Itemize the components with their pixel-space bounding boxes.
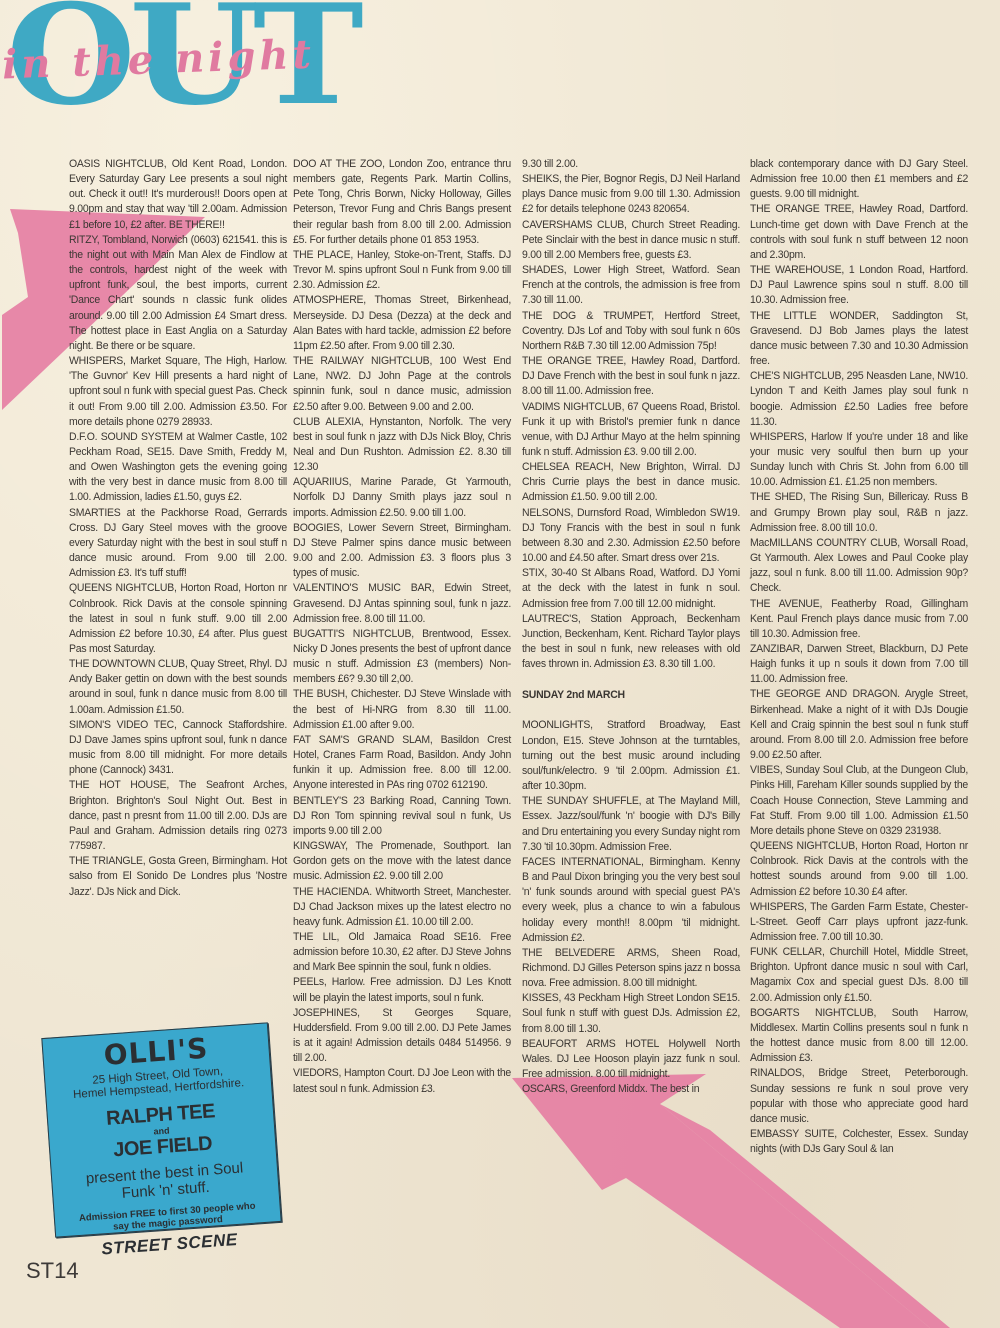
listing-entry: FUNK CELLAR, Churchill Hotel, Middle Str… xyxy=(750,945,968,1006)
listing-entry: RINALDOS, Bridge Street, Peterborough. S… xyxy=(750,1066,968,1127)
listings-column-4: black contemporary dance with DJ Gary St… xyxy=(750,157,968,1157)
listing-entry: THE LITTLE WONDER, Saddington St, Graves… xyxy=(750,309,968,370)
listings-column-2: DOO AT THE ZOO, London Zoo, entrance thr… xyxy=(293,157,511,1097)
advert-description: present the best in Soul Funk 'n' stuff. xyxy=(52,1157,279,1207)
listing-entry: VIBES, Sunday Soul Club, at the Dungeon … xyxy=(750,763,968,839)
listing-entry: THE BELVEDERE ARMS, Sheen Road, Richmond… xyxy=(522,946,740,991)
listing-entry: RITZY, Tombland, Norwich (0603) 621541. … xyxy=(69,233,287,354)
listing-entry: black contemporary dance with DJ Gary St… xyxy=(750,157,968,202)
listing-entry: WHISPERS, Market Square, The High, Harlo… xyxy=(69,354,287,430)
listing-entry: KISSES, 43 Peckham High Street London SE… xyxy=(522,991,740,1036)
listings-column-3: 9.30 till 2.00. SHEIKS, the Pier, Bognor… xyxy=(522,157,740,1097)
listing-entry: CAVERSHAMS CLUB, Church Street Reading. … xyxy=(522,218,740,263)
listing-entry: QUEENS NIGHTCLUB, Horton Road, Horton nr… xyxy=(750,839,968,900)
listing-entry: THE TRIANGLE, Gosta Green, Birmingham. H… xyxy=(69,854,287,899)
listing-entry: BEAUFORT ARMS HOTEL Holywell North Wales… xyxy=(522,1037,740,1082)
listing-entry: QUEENS NIGHTCLUB, Horton Road, Horton nr… xyxy=(69,581,287,657)
listing-entry: BOOGIES, Lower Severn Street, Birmingham… xyxy=(293,521,511,582)
listing-entry: THE BUSH, Chichester. DJ Steve Winslade … xyxy=(293,687,511,732)
listing-entry: WHISPERS, The Garden Farm Estate, Cheste… xyxy=(750,900,968,945)
listing-entry: SMARTIES at the Packhorse Road, Gerrards… xyxy=(69,506,287,582)
listing-entry: EMBASSY SUITE, Colchester, Essex. Sunday… xyxy=(750,1127,968,1157)
listing-entry: WHISPERS, Harlow If you're under 18 and … xyxy=(750,430,968,491)
listing-entry: VIEDORS, Hampton Court. DJ Joe Leon with… xyxy=(293,1066,511,1096)
listing-entry: CHELSEA REACH, New Brighton, Wirral. DJ … xyxy=(522,460,740,505)
listing-entry: THE DOG & TRUMPET, Hertford Street, Cove… xyxy=(522,309,740,354)
listing-entry: NELSONS, Durnsford Road, Wimbledon SW19.… xyxy=(522,506,740,567)
listing-entry: AQUARIIUS, Marine Parade, Gt Yarmouth, N… xyxy=(293,475,511,520)
listing-entry: LAUTREC'S, Station Approach, Beckenham J… xyxy=(522,612,740,673)
listing-entry: THE RAILWAY NIGHTCLUB, 100 West End Lane… xyxy=(293,354,511,415)
listing-entry: FAT SAM'S GRAND SLAM, Basildon Crest Hot… xyxy=(293,733,511,794)
listing-entry: THE DOWNTOWN CLUB, Quay Street, Rhyl. DJ… xyxy=(69,657,287,718)
listing-entry: MOONLIGHTS, Stratford Broadway, East Lon… xyxy=(522,718,740,794)
listing-entry: STIX, 30-40 St Albans Road, Watford. DJ … xyxy=(522,566,740,611)
listings-column-1: OASIS NIGHTCLUB, Old Kent Road, London. … xyxy=(69,157,287,900)
listing-entry: BENTLEY'S 23 Barking Road, Canning Town.… xyxy=(293,794,511,839)
listing-entry: THE SUNDAY SHUFFLE, at The Mayland Mill,… xyxy=(522,794,740,855)
listing-entry: CLUB ALEXIA, Hynstanton, Norfolk. The ve… xyxy=(293,415,511,476)
listing-entry: BOGARTS NIGHTCLUB, South Harrow, Middles… xyxy=(750,1006,968,1067)
listing-entry: SHEIKS, the Pier, Bognor Regis, DJ Neil … xyxy=(522,172,740,217)
section-heading-sunday: SUNDAY 2nd MARCH xyxy=(522,688,740,703)
listing-entry: THE HOT HOUSE, The Seafront Arches, Brig… xyxy=(69,778,287,854)
listing-entry: THE LIL, Old Jamaica Road SE16. Free adm… xyxy=(293,930,511,975)
listing-entry: CHE'S NIGHTCLUB, 295 Neasden Lane, NW10.… xyxy=(750,369,968,430)
listing-entry: DOO AT THE ZOO, London Zoo, entrance thr… xyxy=(293,157,511,248)
listing-entry: ZANZIBAR, Darwen Street, Blackburn, DJ P… xyxy=(750,642,968,687)
listing-entry: MacMILLANS COUNTRY CLUB, Worsall Road, G… xyxy=(750,536,968,597)
ollis-advert-box: OLLI'S 25 High Street, Old Town, Hemel H… xyxy=(41,1022,281,1237)
page-number: ST14 xyxy=(26,1258,79,1284)
listing-entry: BUGATTI'S NIGHTCLUB, Brentwood, Essex. N… xyxy=(293,627,511,688)
listing-entry: KINGSWAY, The Promenade, Southport. Ian … xyxy=(293,839,511,884)
listing-entry: THE WAREHOUSE, 1 London Road, Hartford. … xyxy=(750,263,968,308)
listing-entry: VALENTINO'S MUSIC BAR, Edwin Street, Gra… xyxy=(293,581,511,626)
listing-entry: THE AVENUE, Featherby Road, Gillingham K… xyxy=(750,597,968,642)
listing-entry: THE HACIENDA. Whitworth Street, Manchest… xyxy=(293,885,511,930)
listing-entry: 9.30 till 2.00. xyxy=(522,157,740,172)
listing-entry: SHADES, Lower High Street, Watford. Sean… xyxy=(522,263,740,308)
listing-entry: PEELs, Harlow. Free admission. DJ Les Kn… xyxy=(293,975,511,1005)
listing-entry: OSCARS, Greenford Middx. The best in xyxy=(522,1082,740,1097)
listing-entry: VADIMS NIGHTCLUB, 67 Queens Road, Bristo… xyxy=(522,400,740,461)
listing-entry: FACES INTERNATIONAL, Birmingham. Kenny B… xyxy=(522,855,740,946)
listing-entry: THE SHED, The Rising Sun, Billericay. Ru… xyxy=(750,490,968,535)
listing-entry: THE ORANGE TREE, Hawley Road, Dartford. … xyxy=(522,354,740,399)
listing-entry: JOSEPHINES, St Georges Square, Huddersfi… xyxy=(293,1006,511,1067)
masthead: OUT in the night xyxy=(0,0,340,118)
listing-entry: ATMOSPHERE, Thomas Street, Birkenhead, M… xyxy=(293,293,511,354)
listing-entry: THE PLACE, Hanley, Stoke-on-Trent, Staff… xyxy=(293,248,511,293)
listing-entry: OASIS NIGHTCLUB, Old Kent Road, London. … xyxy=(69,157,287,233)
listing-entry: SIMON'S VIDEO TEC, Cannock Staffordshire… xyxy=(69,718,287,779)
listing-entry: D.F.O. SOUND SYSTEM at Walmer Castle, 10… xyxy=(69,430,287,506)
listing-entry: THE ORANGE TREE, Hawley Road, Dartford. … xyxy=(750,202,968,263)
listing-entry: THE GEORGE AND DRAGON. Arygle Street, Bi… xyxy=(750,687,968,763)
